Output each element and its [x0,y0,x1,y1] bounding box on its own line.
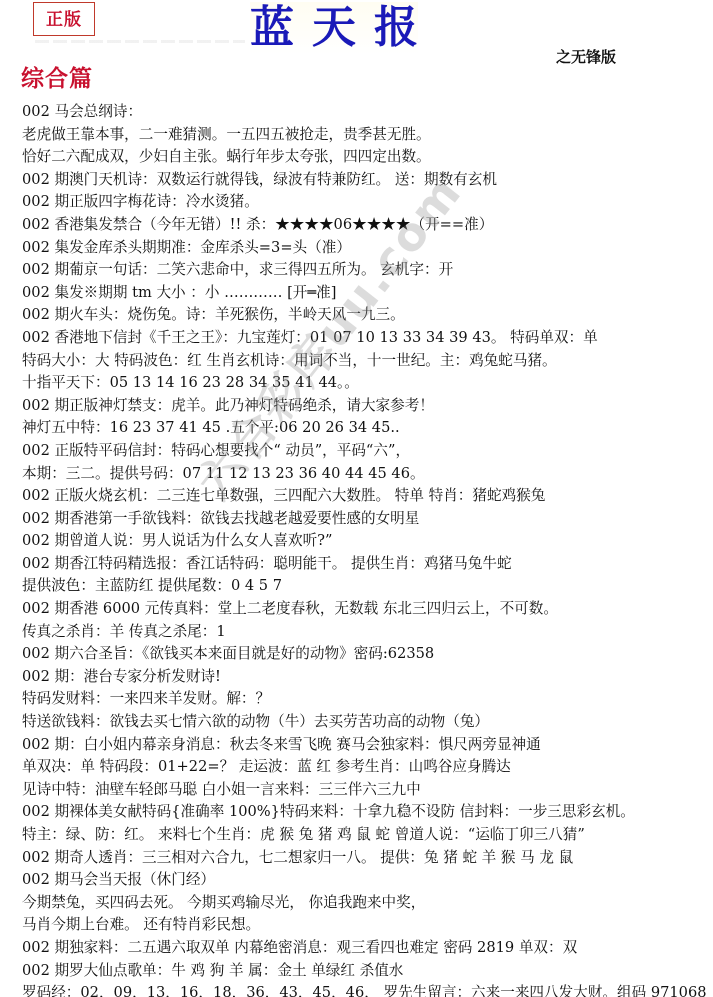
article-body: 002 马会总纲诗： 老虎做王靠本事，二一难猜测。一五四五被抢走，贵季甚无胜。 … [22,101,712,997]
text-line: 002 期六合圣旨：《欲钱买本来面目就是好的动物》密码:62358 [22,643,712,666]
edition-label: 之无锋版 [556,46,616,67]
text-line: 002 期澳门天机诗：双数运行就得钱，绿波有特兼防红。 送：期数有玄机 [22,169,712,192]
text-line: 特码大小：大 特码波色：红 生肖玄机诗：用词不当，十一世纪。主：鸡兔蛇马猪。 [22,350,712,373]
masthead-title: 蓝 天 报 [250,2,418,54]
text-line: 002 期罗大仙点歌单：牛 鸡 狗 羊 属：金土 单绿红 杀值水 [22,960,712,983]
text-line: 传真之杀肖：羊 传真之杀尾：1 [22,621,712,644]
text-line: 特主：绿、防：红。 来料七个生肖：虎 猴 兔 猪 鸡 鼠 蛇 曾道人说：“运临丁… [22,824,712,847]
text-line: 神灯五中特：16 23 37 41 45 .五个平:06 20 26 34 45… [22,417,712,440]
text-line: 002 期火车头：烧伤兔。诗：羊死猴伤，半岭天风一九三。 [22,304,712,327]
text-line: 002 期正版四字梅花诗：冷水烫猪。 [22,191,712,214]
text-line: 002 期曾道人说：男人说话为什么女人喜欢听?” [22,530,712,553]
title-char-3: 报 [374,2,418,54]
text-line: 十指平天下：05 13 14 16 23 28 34 35 41 44。。 [22,372,712,395]
text-line: 002 集发※期期 tm 大小 ：小 ………… [开═准] [22,282,712,305]
text-line: 002 期香港第一手欲钱料：欲钱去找越老越爱要性感的女明星 [22,508,712,531]
text-line: 002 正版特平码信封：特码心想要找个“ 动员”，平码“六”， [22,440,712,463]
text-line: 本期：三二。提供号码：07 11 12 13 23 36 40 44 45 46… [22,463,712,486]
text-line: 特码发财料：一来四来羊发财。解：？ [22,688,712,711]
text-line: 罗码经：02，09，13，16，18，36，43，45，46， 罗先生留言：六来… [22,982,712,997]
text-line: 002 正版火烧玄机：二三连七单数强，三四配六大数胜。 特单 特肖：猪蛇鸡猴兔 [22,485,712,508]
title-char-2: 天 [312,2,356,54]
header-divider [35,40,245,43]
text-line: 特送欲钱料：欲钱去买七情六欲的动物（牛）去买劳苦功高的动物（兔） [22,711,712,734]
text-line: 002 期：白小姐内幕亲身消息：秋去冬来雪飞晚 赛马会独家料：惧尺两旁显神通 [22,734,712,757]
text-line: 恰好二六配成双，少妇自主张。蜗行年步太夸张，四四定出数。 [22,146,712,169]
text-line: 见诗中特：油壁车轻郎马聪 白小姐一言来料：三三伴六三九中 [22,779,712,802]
text-line: 002 期独家料：二五遇六取双单 内幕绝密消息：观三看四也难定 密码 2819 … [22,937,712,960]
text-line: 002 期葡京一句话：二笑六悲命中，求三得四五所为。 玄机字：开 [22,259,712,282]
title-char-1: 蓝 [250,2,294,54]
text-line: 002 期正版神灯禁支：虎羊。此乃神灯特码绝杀，请大家参考！ [22,395,712,418]
text-line: 002 期香江特码精选报：香江话特码：聪明能干。 提供生肖：鸡猪马兔牛蛇 [22,553,712,576]
text-line: 002 期奇人透肖：三三相对六合九，七二想家归一八。 提供：兔 猪 蛇 羊 猴 … [22,847,712,870]
authentic-edition-badge: 正版 [33,2,95,36]
text-line: 002 香港地下信封《千王之王》：九宝莲灯：01 07 10 13 33 34 … [22,327,712,350]
text-line: 提供波色：主蓝防红 提供尾数：0 4 5 7 [22,575,712,598]
text-line: 002 期裸体美女献特码{准确率 100%}特码来料：十拿九稳不设防 信封料：一… [22,801,712,824]
section-heading: 综合篇 [21,60,93,93]
text-line: 002 香港集发禁合（今年无错）!! 杀：★★★★06★★★★（开==准） [22,214,712,237]
text-line: 老虎做王靠本事，二一难猜测。一五四五被抢走，贵季甚无胜。 [22,124,712,147]
text-line: 002 集发金库杀头期期准：金库杀头=3=头（准） [22,237,712,260]
text-line: 今期禁兔，买四码去死。 今期买鸡输尽光， 你追我跑来中奖， [22,892,712,915]
text-line: 002 马会总纲诗： [22,101,712,124]
text-line: 002 期香港 6000 元传真料：堂上二老度春秋，无数载 东北三四归云上，不可… [22,598,712,621]
text-line: 002 期：港台专家分析发财诗! [22,666,712,689]
text-line: 单双决：单 特码段：01+22=？ 走运波：蓝 红 参考生肖：山鸣谷应身腾达 [22,756,712,779]
text-line: 002 期马会当天报（休门经） [22,869,712,892]
text-line: 马肖今期上台难。 还有特肖彩民想。 [22,914,712,937]
